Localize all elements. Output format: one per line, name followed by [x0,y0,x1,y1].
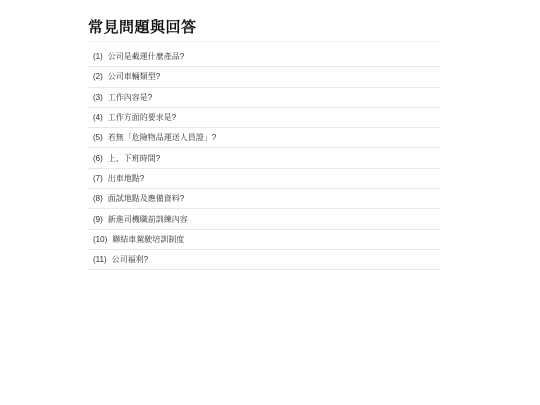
faq-item-number: (5) [93,133,103,142]
faq-item-question: 面試地點及應備資料? [108,193,184,204]
faq-item[interactable]: (3) 工作內容是? [88,88,440,108]
faq-item[interactable]: (4) 工作方面的要求是? [88,108,440,128]
faq-item[interactable]: (8) 面試地點及應備資料? [88,189,440,209]
faq-item-number: (7) [93,174,103,183]
faq-item-question: 若無「危險物品運送人員證」? [108,132,216,143]
page-title: 常見問題與回答 [88,20,440,35]
faq-item-question: 出車地點? [108,173,144,184]
faq-item-question: 公司福利? [112,254,148,265]
faq-item-question: 聯結車駕駛培訓制度 [112,234,184,245]
faq-page: 常見問題與回答 (1) 公司是載運什麼產品? (2) 公司車輛類型? (3) 工… [0,0,540,405]
faq-item-question: 上、下班時間? [108,153,160,164]
faq-item[interactable]: (6) 上、下班時間? [88,148,440,168]
faq-item-question: 工作內容是? [108,92,152,103]
faq-item-number: (6) [93,154,103,163]
faq-item-number: (10) [93,235,107,244]
faq-item[interactable]: (7) 出車地點? [88,169,440,189]
faq-item-number: (4) [93,113,103,122]
faq-item-question: 公司是載運什麼產品? [108,51,184,62]
page-header: 常見問題與回答 [88,20,440,42]
faq-list: (1) 公司是載運什麼產品? (2) 公司車輛類型? (3) 工作內容是? (4… [88,47,440,270]
faq-item-number: (8) [93,194,103,203]
faq-item[interactable]: (9) 新進司機職前訓練內容 [88,209,440,229]
faq-item[interactable]: (10) 聯結車駕駛培訓制度 [88,230,440,250]
faq-item-question: 工作方面的要求是? [108,112,176,123]
faq-item-number: (3) [93,93,103,102]
faq-item-number: (1) [93,52,103,61]
faq-item-question: 新進司機職前訓練內容 [108,214,188,225]
faq-item[interactable]: (5) 若無「危險物品運送人員證」? [88,128,440,148]
faq-item[interactable]: (2) 公司車輛類型? [88,67,440,87]
faq-item-number: (11) [93,255,107,264]
faq-item-number: (9) [93,215,103,224]
faq-item-question: 公司車輛類型? [108,71,160,82]
faq-item[interactable]: (11) 公司福利? [88,250,440,270]
faq-item[interactable]: (1) 公司是載運什麼產品? [88,47,440,67]
content-column: 常見問題與回答 (1) 公司是載運什麼產品? (2) 公司車輛類型? (3) 工… [88,20,440,270]
faq-item-number: (2) [93,72,103,81]
